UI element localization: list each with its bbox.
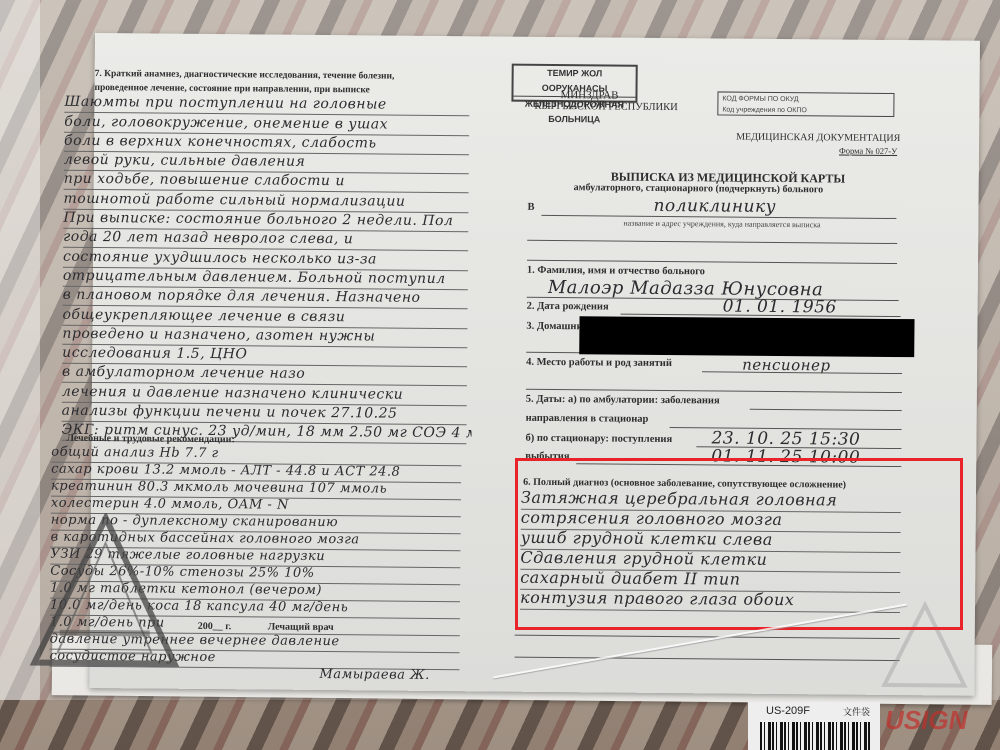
handwritten-text: анализы функции печени и почек 27.10.25 [62, 403, 472, 423]
blank-line [527, 260, 897, 264]
redaction-box [579, 316, 914, 357]
document-subtitle: амбулаторного, стационарного (подчеркнут… [574, 182, 824, 195]
blank-line [526, 389, 902, 393]
handwritten-text: боли в верхних конечностях, слабость [64, 133, 474, 153]
anamnesis-heading-line1: 7. Краткий анамнез, диагностические иссл… [95, 69, 515, 83]
anamnesis-section: 7. Краткий анамнез, диагностические иссл… [89, 33, 515, 687]
handwritten-text: при ходьбе, повышение слабости и [64, 171, 474, 191]
folder-label: 文件袋 [843, 705, 870, 718]
barcode-icon [760, 722, 870, 750]
handwritten-text: общий анализ Нb 7.7 г [51, 445, 461, 464]
blank-line [527, 240, 897, 244]
dates-label: 5. Даты: а) по амбулатории: заболевания [526, 394, 720, 407]
admission-label: б) по стационару: поступления [525, 433, 672, 445]
dates-line [750, 409, 902, 411]
handwritten-text: в плановом порядке для лечения. Назначен… [63, 287, 473, 307]
work-label: 4. Место работы и род занятий [526, 357, 672, 369]
handwritten-text: боли, головокружение, онемение в ушах [64, 113, 474, 133]
handwritten-text: общеукрепляющее лечение в связи [62, 306, 472, 326]
handwritten-text: тошнотой работе сильный нормализации [63, 191, 473, 211]
to-label: В [527, 202, 534, 213]
ministry-line1: МИНЗДРАВ [560, 89, 618, 102]
recommendations-label: Лечебные и трудовые рекомендации: [66, 433, 234, 445]
ministry-line2: КЫРГЫЗСКОЙ РЕСПУБЛИКИ [534, 101, 677, 113]
handwritten-text: лечения и давление назначено клинически [62, 384, 472, 404]
handwritten-text: креатинин 80.3 мкмоль мочевина 107 ммоль [51, 479, 461, 498]
handwritten-text: года 20 лет назад невролог слева, и [63, 229, 473, 249]
folder-model: US-209F [766, 705, 810, 717]
referral-label: направления в стационар [526, 413, 649, 425]
to-caption: название и адрес учреждения, куда направ… [623, 219, 820, 230]
handwritten-text: в амбулаторном лечение назо [62, 364, 472, 384]
handwritten-text: проведено и назначено, азотен нужны [62, 326, 472, 346]
folder-tag: US-209F 文件袋 [748, 702, 880, 750]
signature-label: Лечащий врач [268, 622, 334, 634]
birth-label: 2. Дата рождения [527, 301, 609, 313]
handwritten-text: состояние ухудшилось несколько из-за [63, 248, 473, 268]
handwritten-text: холестерин 4.0 ммоль, ОАМ - N [51, 496, 461, 515]
med-doc-label: МЕДИЦИНСКАЯ ДОКУМЕНТАЦИЯ [736, 132, 900, 144]
name-label: 1. Фамилия, имя и отчество больного [527, 265, 705, 278]
blank-line [515, 657, 900, 661]
date-label: 200__ г. [198, 621, 232, 632]
doctor-signature: Мамыраева Ж. [319, 667, 430, 683]
handwritten-text: сахар крови 13.2 ммоль - АЛТ - 44.8 и АС… [51, 462, 461, 481]
handwritten-text: отрицательным давлением. Больной поступи… [63, 268, 473, 288]
brand-logo: USIGN [885, 705, 967, 736]
handwritten-text: исследования 1.5, ЦНО [62, 345, 472, 365]
diagnosis-highlight-box [515, 458, 963, 630]
form-code-box: КОД ФОРМЫ ПО ОКУД Код учреждения по ОКПО [717, 91, 894, 117]
to-value: поликлинику [653, 196, 776, 217]
form-number: Форма № 027-У [839, 145, 897, 156]
handwritten-text: При выписке: состояние больного 2 недели… [63, 210, 473, 230]
handwritten-text: левой руки, сильные давления [64, 152, 474, 172]
form-code-line2: Код учреждения по ОКПО [722, 104, 889, 116]
triangle-stamp-icon [29, 512, 180, 673]
handwritten-text: Шаюмты при поступлении на головные [64, 94, 474, 114]
